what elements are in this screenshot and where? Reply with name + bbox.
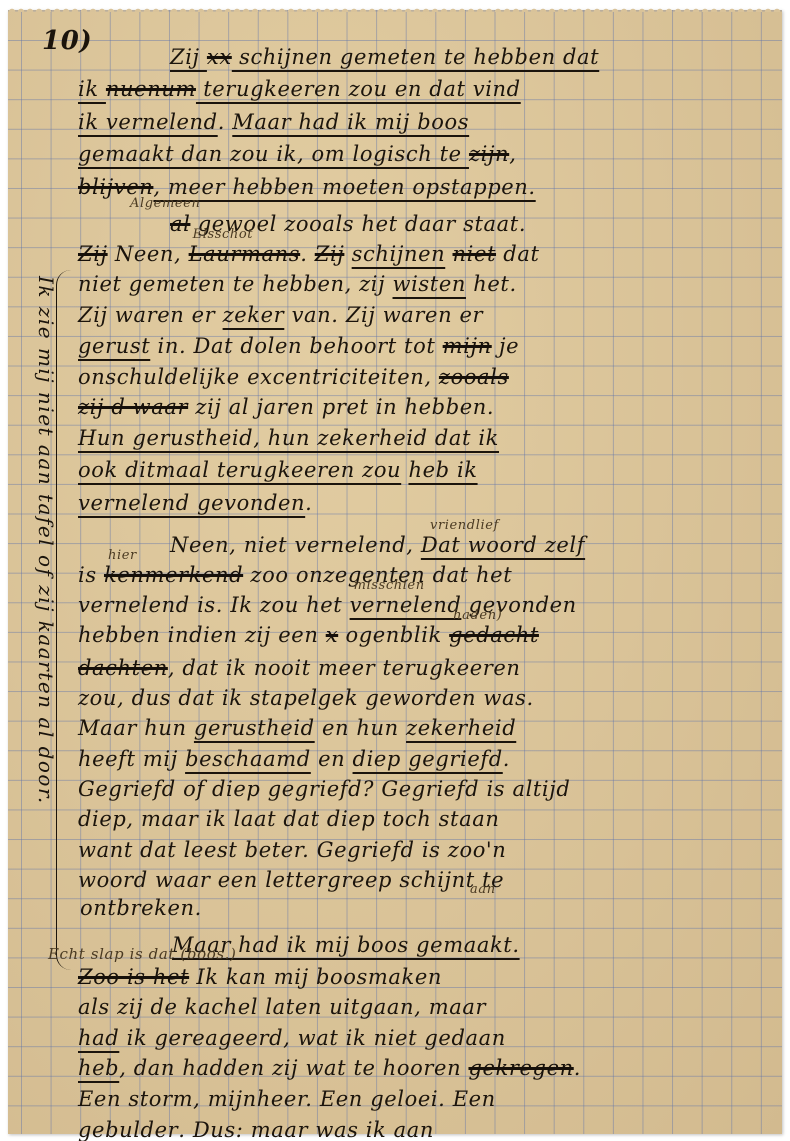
text-segment: , dan hadden zij wat te hooren xyxy=(119,1056,468,1080)
underlined-text: heb ik xyxy=(408,458,477,482)
underlined-text: gebulder xyxy=(78,1118,178,1141)
manuscript-line: als zij de kachel laten uitgaan, maar xyxy=(78,995,486,1019)
underlined-text: Maar had ik mij boos xyxy=(232,110,469,134)
text-segment: zij al jaren pret in hebben. xyxy=(188,395,494,419)
text-segment: zou, dus dat ik stapelgek geworden was. xyxy=(78,686,534,710)
underlined-text: gerustheid xyxy=(194,716,315,740)
manuscript-line: want dat leest beter. Gegriefd is zoo'n xyxy=(78,838,506,862)
manuscript-line: ook ditmaal terugkeeren zou heb ik xyxy=(78,458,478,482)
manuscript-line: diep, maar ik laat dat diep toch staan xyxy=(78,807,499,831)
manuscript-line: Zij waren er zeker van. Zij waren er xyxy=(78,303,483,327)
text-segment xyxy=(401,458,408,482)
underlined-text: beschaamd xyxy=(185,747,311,771)
underlined-text: zekerheid xyxy=(406,716,516,740)
text-segment: van. Zij waren er xyxy=(284,303,483,327)
underlined-text: , meer hebben moeten opstappen. xyxy=(153,175,535,199)
manuscript-line: Zij xx schijnen gemeten te hebben dat xyxy=(170,45,599,69)
manuscript-line: onschuldelijke excentriciteiten, zooals xyxy=(78,365,509,389)
underlined-text: dat ik xyxy=(435,426,499,450)
text-segment: heeft mij xyxy=(78,747,185,771)
manuscript-line: gemaakt dan zou ik, om logisch te zijn, xyxy=(78,142,516,166)
manuscript-line: woord waar een lettergreep schijnt te xyxy=(78,868,504,892)
interlinear-insertion: Algemeen xyxy=(130,196,200,211)
text-segment xyxy=(445,242,452,266)
manuscript-line: Gegriefd of diep gegriefd? Gegriefd is a… xyxy=(78,777,570,801)
margin-bracket xyxy=(56,270,71,970)
struck-text: Zij xyxy=(78,242,108,266)
interlinear-insertion: haden) xyxy=(453,608,502,623)
underlined-text: ik vernelend xyxy=(78,110,218,134)
interlinear-insertion: vriendlief xyxy=(430,518,499,533)
underlined-text: had xyxy=(78,1026,119,1050)
struck-text: mijn xyxy=(443,334,492,358)
interlinear-insertion: hier xyxy=(108,548,137,563)
text-segment: , dat ik nooit meer terugkeeren xyxy=(168,656,521,680)
manuscript-line: Zij Neen, LaurmansElsschot. Zij schijnen… xyxy=(78,242,540,266)
text-segment: vernelend is. Ik zou het xyxy=(78,593,350,617)
struck-text: gekregen xyxy=(468,1056,573,1080)
text-segment: niet gemeten te hebben, zij xyxy=(78,272,393,296)
manuscript-line: niet gemeten te hebben, zij wisten het. xyxy=(78,272,517,296)
text-segment: , xyxy=(509,142,516,166)
underlined-text: Dat woord zelf xyxy=(421,533,585,557)
margin-note-vertical: Ik zie mij niet aan tafel of zij kaarten… xyxy=(34,276,58,805)
text-segment: ik gereageerd, wat ik niet gedaan xyxy=(119,1026,506,1050)
struck-text: zooals xyxy=(439,365,509,389)
text-segment xyxy=(344,242,351,266)
interlinear-insertion: Echt slap is dat (boos.) xyxy=(48,945,236,963)
text-segment: ontbreken. xyxy=(80,896,202,920)
text-segment: hebben indien zij een xyxy=(78,623,326,647)
struck-text: LaurmansElsschot xyxy=(189,242,301,266)
text-segment: en xyxy=(311,747,353,771)
text-segment: in. Dat dolen behoort tot xyxy=(150,334,442,358)
text-segment: als zij de kachel laten uitgaan, maar xyxy=(78,995,486,1019)
manuscript-line: Zoo is hetEcht slap is dat (boos.) Ik ka… xyxy=(78,965,442,989)
manuscript-line: heeft mij beschaamd en diep gegriefd. xyxy=(78,747,510,771)
manuscript-line: zij d waar zij al jaren pret in hebben. xyxy=(78,395,494,419)
struck-text: al xyxy=(170,212,190,236)
manuscript-line: ik vernelend. Maar had ik mij boos xyxy=(78,110,469,134)
text-segment: . xyxy=(218,110,233,134)
manuscript-line: Maar hun gerustheid en hun zekerheid xyxy=(78,716,516,740)
text-segment: dat xyxy=(496,242,539,266)
text-segment: Gegriefd of diep gegriefd? Gegriefd is a… xyxy=(78,777,570,801)
manuscript-line: vriendliefNeen, niet vernelend, Dat woor… xyxy=(170,533,585,557)
manuscript-line: is kenmerkendhier zoo onzegenten dat het xyxy=(78,563,512,587)
text-segment: Neen, niet vernelend, xyxy=(170,533,421,557)
perforated-edge xyxy=(8,6,782,12)
underlined-text: ik xyxy=(78,77,106,101)
text-segment: woord waar een lettergreep schijnt te xyxy=(78,868,504,892)
text-segment: onschuldelijke excentriciteiten, xyxy=(78,365,439,389)
struck-text: xx xyxy=(207,45,232,69)
text-segment: . xyxy=(574,1056,581,1080)
text-segment: Neen, xyxy=(108,242,189,266)
manuscript-line: vernelend gevonden. xyxy=(78,491,312,515)
struck-text: zijn xyxy=(469,142,509,166)
text-segment: want dat leest beter. Gegriefd is zoo'n xyxy=(78,838,506,862)
manuscript-line: had ik gereageerd, wat ik niet gedaan xyxy=(78,1026,506,1050)
struck-text: kenmerkendhier xyxy=(104,563,243,587)
underlined-text: terugkeeren zou en dat vind xyxy=(196,77,521,101)
text-segment: en hun xyxy=(315,716,406,740)
underlined-text: heb xyxy=(78,1056,119,1080)
text-segment: Maar hun xyxy=(78,716,194,740)
manuscript-line: ik nuenum terugkeeren zou en dat vind xyxy=(78,77,521,101)
text-segment: . xyxy=(300,242,315,266)
underlined-text: vernelendmisschien xyxy=(350,593,462,617)
underlined-text: wisten xyxy=(393,272,466,296)
text-segment: . xyxy=(305,491,312,515)
underlined-text: schijnen gemeten te hebben dat xyxy=(232,45,599,69)
struck-text: nuenum xyxy=(106,77,196,101)
manuscript-line: Hun gerustheid, hun zekerheid dat ik xyxy=(78,426,499,450)
page-number: 10) xyxy=(42,26,92,56)
interlinear-insertion: Elsschot xyxy=(193,227,254,242)
underlined-text: maar was ik aan xyxy=(251,1118,434,1141)
text-segment: het. xyxy=(466,272,517,296)
underlined-text: vernelend gevonden xyxy=(78,491,305,515)
underlined-text: Hun gerustheid, hun zekerheid xyxy=(78,426,435,450)
text-segment: . Dus: xyxy=(178,1118,250,1141)
manuscript-line: heb, dan hadden zij wat te hooren gekreg… xyxy=(78,1056,581,1080)
text-segment: Ik kan mij boosmaken xyxy=(189,965,442,989)
struck-text: gedachthaden) xyxy=(449,623,539,647)
underlined-text: ook ditmaal terugkeeren zou xyxy=(78,458,401,482)
struck-text: Zoo is hetEcht slap is dat (boos.) xyxy=(78,965,189,989)
manuscript-line: zou, dus dat ik stapelgek geworden was. xyxy=(78,686,534,710)
struck-text: Zij xyxy=(315,242,345,266)
underlined-text: schijnen xyxy=(352,242,446,266)
underlined-text: Zij xyxy=(170,45,207,69)
interlinear-insertion: aan xyxy=(470,882,496,897)
manuscript-line: gebulder. Dus: maar was ik aan xyxy=(78,1118,434,1141)
text-segment: Zij waren er xyxy=(78,303,223,327)
underlined-text: zeker xyxy=(223,303,285,327)
interlinear-insertion: misschien xyxy=(354,578,425,593)
manuscript-line: gerust in. Dat dolen behoort tot mijn je xyxy=(78,334,519,358)
struck-text: x xyxy=(326,623,338,647)
manuscript-line: aanontbreken. xyxy=(80,896,202,920)
text-segment: Een storm, mijnheer. Een geloei. Een xyxy=(78,1087,496,1111)
manuscript-line: Een storm, mijnheer. Een geloei. Een xyxy=(78,1087,496,1111)
underlined-text: diep gegriefd xyxy=(353,747,503,771)
struck-text: niet xyxy=(453,242,497,266)
manuscript-line: hebben indien zij een x ogenblik gedacht… xyxy=(78,623,539,647)
manuscript-line: dachten, dat ik nooit meer terugkeeren xyxy=(78,656,521,680)
underlined-text: gemaakt dan zou ik, om logisch te xyxy=(78,142,469,166)
struck-text: zij d waar xyxy=(78,395,188,419)
text-segment: . xyxy=(503,747,510,771)
struck-text: dachten xyxy=(78,656,168,680)
text-segment: is xyxy=(78,563,104,587)
text-segment: diep, maar ik laat dat diep toch staan xyxy=(78,807,499,831)
text-segment: je xyxy=(492,334,519,358)
underlined-text: gerust xyxy=(78,334,150,358)
text-segment: ogenblik xyxy=(338,623,449,647)
